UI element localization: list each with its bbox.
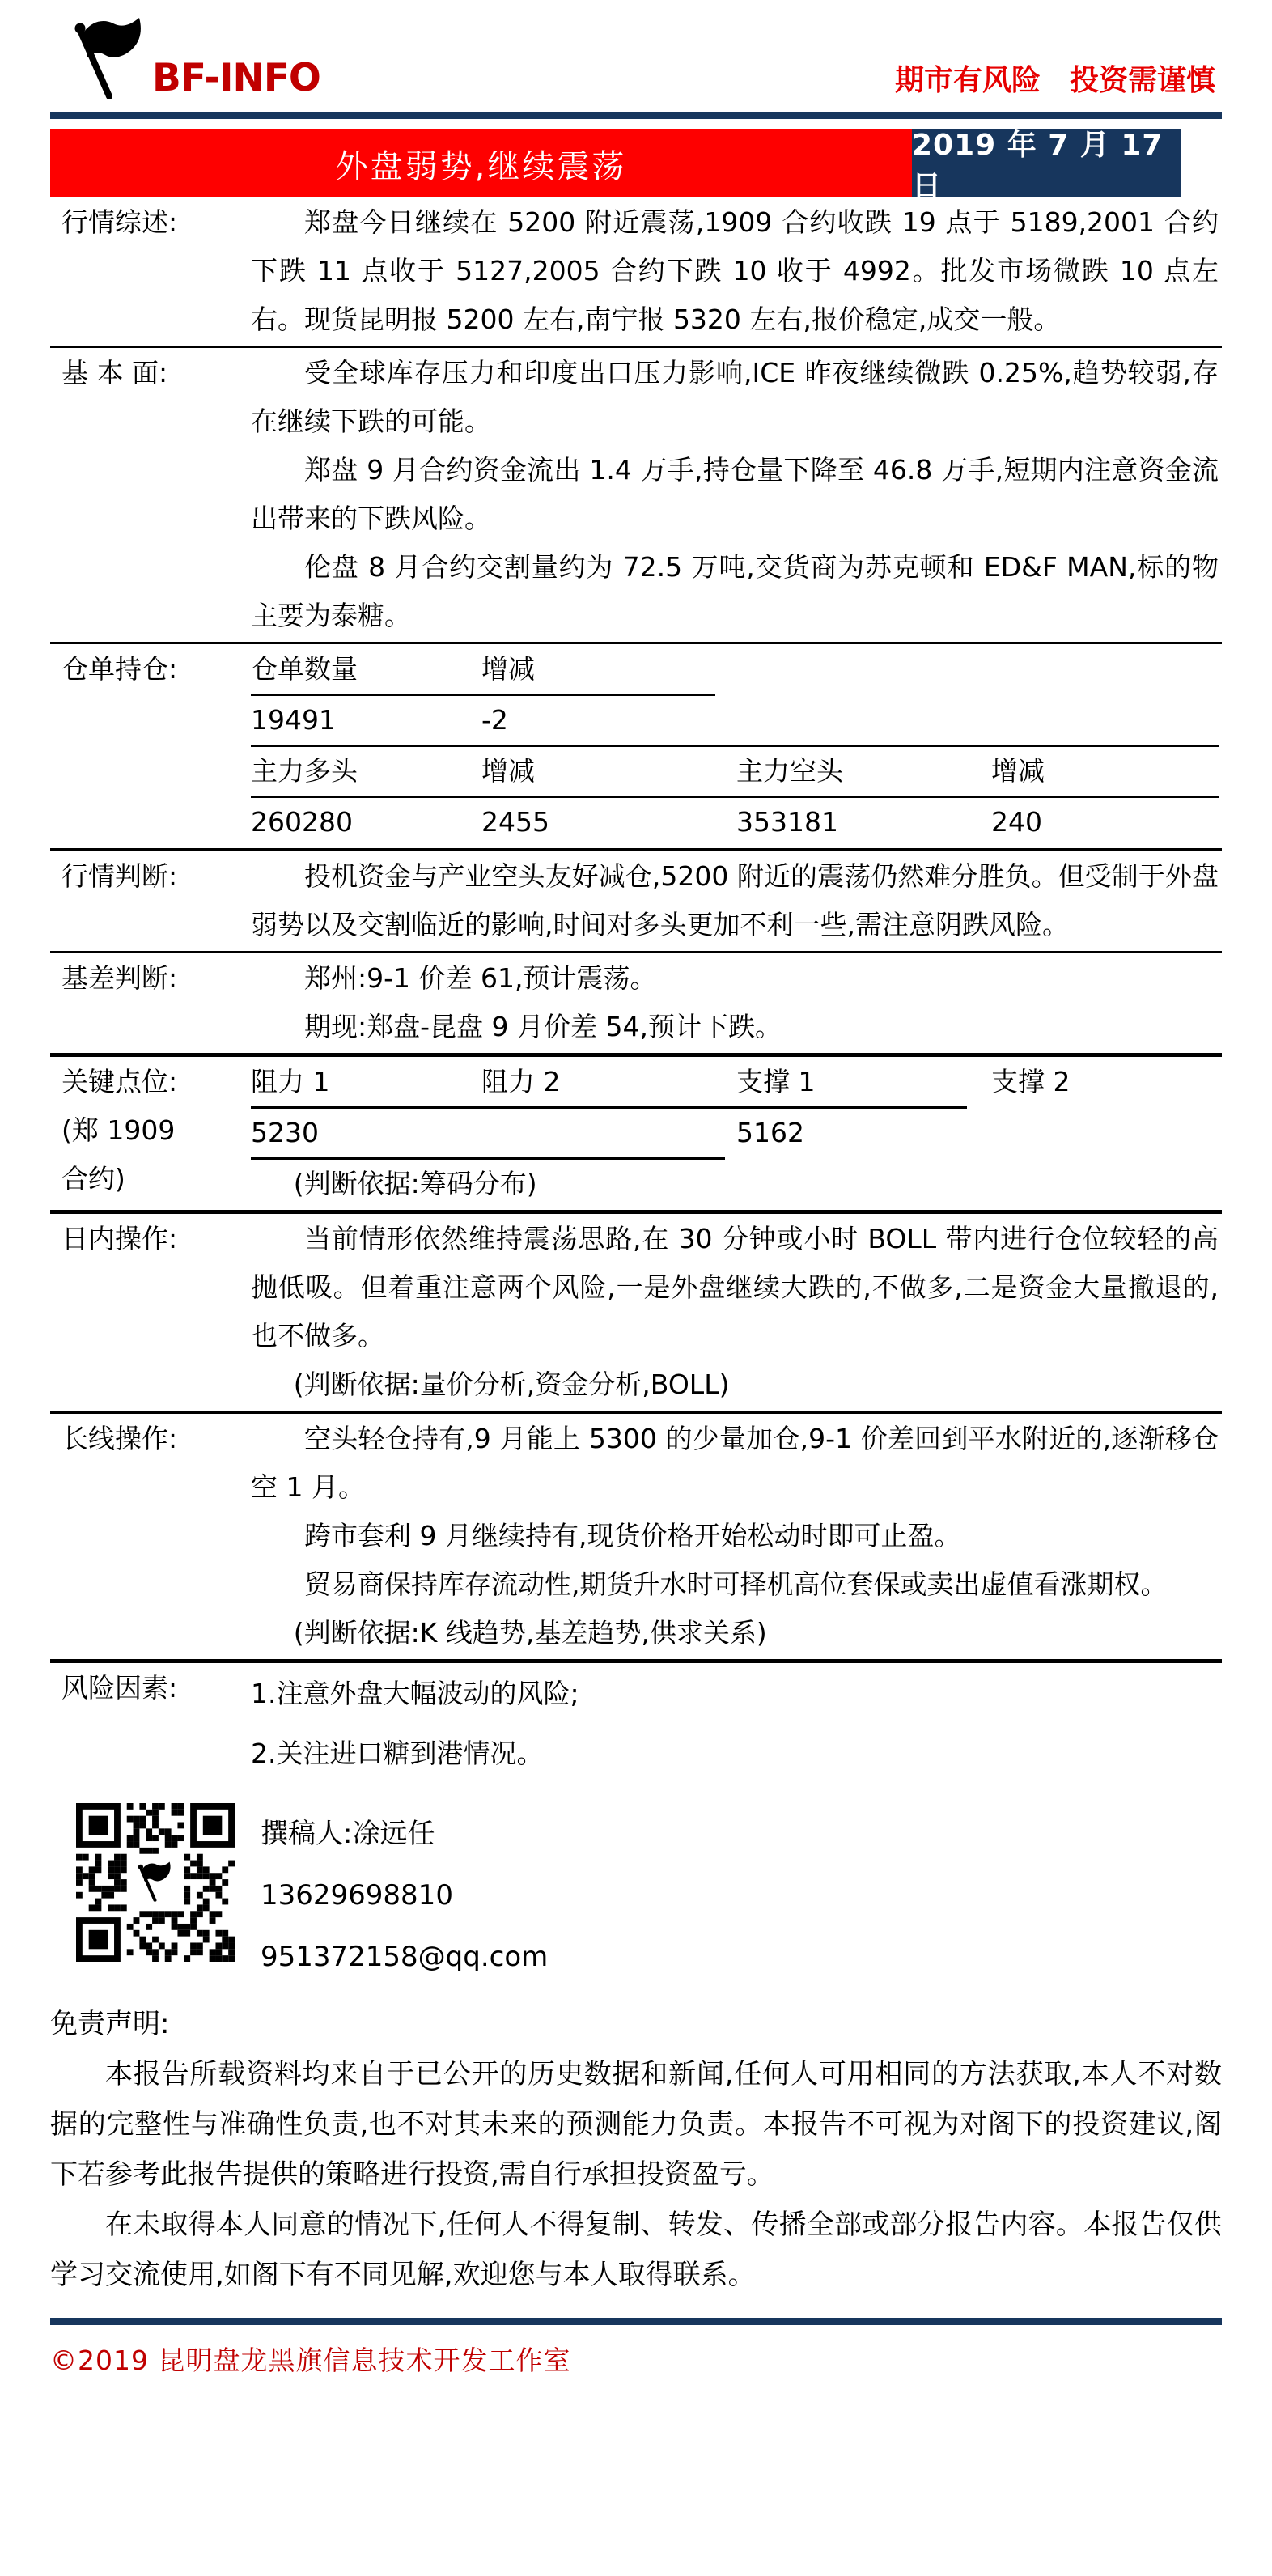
warehouse-cell: 增减 xyxy=(991,747,1219,796)
intraday-note: (判断依据:量价分析,资金分析,BOLL) xyxy=(251,1360,1219,1409)
key-levels-label-line: 合约) xyxy=(61,1155,251,1203)
copyright-text: ©2019 昆明盘龙黑旗信息技术开发工作室 xyxy=(50,2340,1222,2378)
disclaimer-para: 在未取得本人同意的情况下,任何人不得复制、转发、传播全部或部分报告内容。本报告仅… xyxy=(50,2200,1222,2300)
key-level-header: 支撑 1 xyxy=(736,1058,991,1106)
warehouse-cell: -2 xyxy=(481,696,736,745)
section-risks: 风险因素: 1.注意外盘大幅波动的风险; 2.关注进口糖到港情况。 xyxy=(50,1663,1222,1785)
section-content: 投机资金与产业空头友好减仓,5200 附近的震荡仍然难分胜负。但受制于外盘弱势以… xyxy=(251,852,1222,949)
warehouse-cell: 19491 xyxy=(251,696,481,745)
key-level-value xyxy=(481,1109,736,1157)
black-flag-icon xyxy=(68,18,155,99)
section-content: 当前情形依然维持震荡思路,在 30 分钟或小时 BOLL 带内进行仓位较轻的高抛… xyxy=(251,1215,1222,1409)
section-label: 长线操作: xyxy=(50,1415,251,1657)
risk-item: 2.关注进口糖到港情况。 xyxy=(251,1724,1219,1784)
contact-lines: 撰稿人:凃远任 13629698810 951372158@qq.com xyxy=(261,1803,548,1988)
section-label: 关键点位: (郑 1909 合约) xyxy=(50,1058,251,1208)
header: BF-INFO 期市有风险 投资需谨慎 xyxy=(0,0,1272,99)
warehouse-header-row: 主力多头 增减 主力空头 增减 xyxy=(251,747,1219,796)
brand-name: BF-INFO xyxy=(152,59,320,97)
qr-code xyxy=(76,1803,235,1962)
fundamentals-para: 受全球库存压力和印度出口压力影响,ICE 昨夜继续微跌 0.25%,趋势较弱,存… xyxy=(251,349,1219,446)
section-label: 行情综述: xyxy=(50,198,251,344)
warehouse-table: 仓单数量 增减 19491 -2 主力多头 增减 主力空头 增减 xyxy=(251,645,1222,847)
section-label: 风险因素: xyxy=(50,1664,251,1784)
disclaimer-para: 本报告所载资料均来自于已公开的历史数据和新闻,任何人可用相同的方法获取,本人不对… xyxy=(50,2049,1222,2200)
phone-line: 13629698810 xyxy=(261,1865,548,1926)
footer-divider xyxy=(50,2318,1222,2325)
key-levels-table: 阻力 1 阻力 2 支撑 1 支撑 2 5230 5162 (判断依据:筹码分布… xyxy=(251,1058,1222,1208)
warehouse-cell xyxy=(991,645,1219,694)
key-levels-label-line: 关键点位: xyxy=(61,1058,251,1106)
warehouse-value-row: 19491 -2 xyxy=(251,696,1219,745)
warehouse-cell: 2455 xyxy=(481,798,736,847)
judgment-text: 投机资金与产业空头友好减仓,5200 附近的震荡仍然难分胜负。但受制于外盘弱势以… xyxy=(251,852,1219,949)
warehouse-cell xyxy=(736,645,991,694)
title-banner: 外盘弱势,继续震荡 2019 年 7 月 17 日 xyxy=(50,129,1181,197)
author-line: 撰稿人:凃远任 xyxy=(261,1803,548,1865)
section-content: 受全球库存压力和印度出口压力影响,ICE 昨夜继续微跌 0.25%,趋势较弱,存… xyxy=(251,349,1222,640)
fundamentals-para: 伦盘 8 月合约交割量约为 72.5 万吨,交货商为苏克顿和 ED&F MAN,… xyxy=(251,543,1219,640)
longterm-para: 跨市套利 9 月继续持有,现货价格开始松动时即可止盈。 xyxy=(251,1512,1219,1560)
risk-warning-text: 期市有风险 投资需谨慎 xyxy=(895,65,1215,97)
section-key-levels: 关键点位: (郑 1909 合约) 阻力 1 阻力 2 支撑 1 支撑 2 52… xyxy=(50,1057,1222,1214)
key-levels-note: (判断依据:筹码分布) xyxy=(251,1160,1219,1208)
key-levels-label-line: (郑 1909 xyxy=(61,1106,251,1155)
section-longterm: 长线操作: 空头轻仓持有,9 月能上 5300 的少量加仓,9-1 价差回到平水… xyxy=(50,1414,1222,1663)
warehouse-cell: 仓单数量 xyxy=(251,645,481,694)
longterm-para: 贸易商保持库存流动性,期货升水时可择机高位套保或卖出虚值看涨期权。 xyxy=(251,1560,1219,1609)
section-intraday: 日内操作: 当前情形依然维持震荡思路,在 30 分钟或小时 BOLL 带内进行仓… xyxy=(50,1214,1222,1414)
key-level-value: 5162 xyxy=(736,1109,991,1157)
report-table: 行情综述: 郑盘今日继续在 5200 附近震荡,1909 合约收跌 19 点于 … xyxy=(50,197,1222,1785)
warehouse-cell: 增减 xyxy=(481,645,736,694)
report-title: 外盘弱势,继续震荡 xyxy=(50,129,912,197)
longterm-note: (判断依据:K 线趋势,基差趋势,供求关系) xyxy=(251,1609,1219,1657)
contact-block: 撰稿人:凃远任 13629698810 951372158@qq.com xyxy=(50,1803,1222,1988)
fundamentals-para: 郑盘 9 月合约资金流出 1.4 万手,持仓量下降至 46.8 万手,短期内注意… xyxy=(251,446,1219,543)
warehouse-cell: 260280 xyxy=(251,798,481,847)
warehouse-cell: 增减 xyxy=(481,747,736,796)
key-levels-header-row: 阻力 1 阻力 2 支撑 1 支撑 2 xyxy=(251,1058,1219,1106)
summary-text: 郑盘今日继续在 5200 附近震荡,1909 合约收跌 19 点于 5189,2… xyxy=(251,198,1219,344)
longterm-para: 空头轻仓持有,9 月能上 5300 的少量加仓,9-1 价差回到平水附近的,逐渐… xyxy=(251,1415,1219,1512)
warehouse-cell xyxy=(736,696,991,745)
section-summary: 行情综述: 郑盘今日继续在 5200 附近震荡,1909 合约收跌 19 点于 … xyxy=(50,197,1222,348)
report-date: 2019 年 7 月 17 日 xyxy=(912,129,1181,197)
section-label: 基差判断: xyxy=(50,954,251,1051)
basis-line: 期现:郑盘-昆盘 9 月价差 54,预计下跌。 xyxy=(251,1003,1219,1051)
section-content: 1.注意外盘大幅波动的风险; 2.关注进口糖到港情况。 xyxy=(251,1664,1222,1784)
report-page: BF-INFO 期市有风险 投资需谨慎 外盘弱势,继续震荡 2019 年 7 月… xyxy=(0,0,1272,2576)
key-level-header: 阻力 2 xyxy=(481,1058,736,1106)
section-label: 基 本 面: xyxy=(50,349,251,640)
risk-item: 1.注意外盘大幅波动的风险; xyxy=(251,1664,1219,1724)
email-line: 951372158@qq.com xyxy=(261,1926,548,1988)
warehouse-header-row: 仓单数量 增减 xyxy=(251,645,1219,694)
top-divider xyxy=(50,112,1222,119)
warehouse-cell xyxy=(991,696,1219,745)
key-level-value: 5230 xyxy=(251,1109,481,1157)
warehouse-cell: 240 xyxy=(991,798,1219,847)
key-level-header: 支撑 2 xyxy=(991,1058,1219,1106)
section-judgment: 行情判断: 投机资金与产业空头友好减仓,5200 附近的震荡仍然难分胜负。但受制… xyxy=(50,851,1222,953)
disclaimer-title: 免责声明: xyxy=(50,1999,1222,2049)
disclaimer: 免责声明: 本报告所载资料均来自于已公开的历史数据和新闻,任何人可用相同的方法获… xyxy=(50,1999,1222,2300)
section-content: 郑盘今日继续在 5200 附近震荡,1909 合约收跌 19 点于 5189,2… xyxy=(251,198,1222,344)
warehouse-cell: 353181 xyxy=(736,798,991,847)
basis-line: 郑州:9-1 价差 61,预计震荡。 xyxy=(251,954,1219,1003)
warehouse-value-row: 260280 2455 353181 240 xyxy=(251,798,1219,847)
section-fundamentals: 基 本 面: 受全球库存压力和印度出口压力影响,ICE 昨夜继续微跌 0.25%… xyxy=(50,348,1222,644)
warehouse-cell: 主力空头 xyxy=(736,747,991,796)
section-label: 日内操作: xyxy=(50,1215,251,1409)
section-content: 郑州:9-1 价差 61,预计震荡。 期现:郑盘-昆盘 9 月价差 54,预计下… xyxy=(251,954,1222,1051)
key-level-value xyxy=(991,1109,1219,1157)
key-level-header: 阻力 1 xyxy=(251,1058,481,1106)
warehouse-cell: 主力多头 xyxy=(251,747,481,796)
section-warehouse: 仓单持仓: 仓单数量 增减 19491 -2 主力多头 xyxy=(50,644,1222,851)
key-levels-value-row: 5230 5162 xyxy=(251,1109,1219,1157)
section-label: 仓单持仓: xyxy=(50,645,251,847)
brand-logo: BF-INFO xyxy=(68,18,320,99)
section-basis: 基差判断: 郑州:9-1 价差 61,预计震荡。 期现:郑盘-昆盘 9 月价差 … xyxy=(50,953,1222,1057)
section-label: 行情判断: xyxy=(50,852,251,949)
intraday-text: 当前情形依然维持震荡思路,在 30 分钟或小时 BOLL 带内进行仓位较轻的高抛… xyxy=(251,1215,1219,1360)
section-content: 空头轻仓持有,9 月能上 5300 的少量加仓,9-1 价差回到平水附近的,逐渐… xyxy=(251,1415,1222,1657)
